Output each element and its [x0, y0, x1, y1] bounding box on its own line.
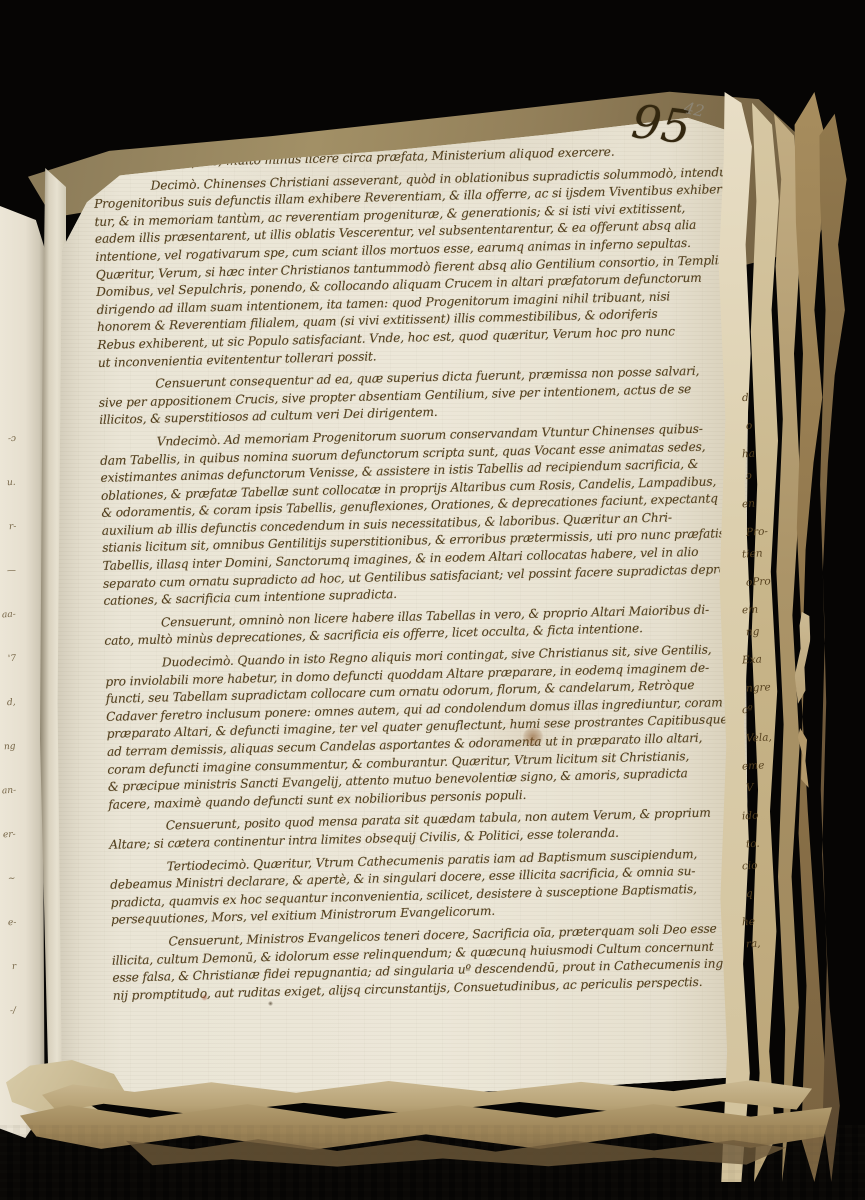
- deteriorated-fore-edge-stack: dohaɔenPro-tienoProemngExangrecºVela,eme…: [700, 92, 865, 1182]
- facing-page-sliver: -ɔu.r-—aa-'7d,ngan-er-~e-r-/: [0, 206, 46, 1138]
- edge-text-fragment: -ɔ: [8, 434, 17, 445]
- edge-text-fragment: tien: [742, 547, 763, 560]
- edge-text-fragment: r: [11, 962, 16, 972]
- facing-page-text-fragments: -ɔu.r-—aa-'7d,ngan-er-~e-r-/: [0, 206, 30, 1138]
- edge-text-fragment: Vela,: [746, 731, 772, 744]
- edge-text-fragment: Exa: [742, 653, 762, 666]
- edge-text-fragment: to.: [746, 838, 760, 851]
- edge-text-fragment: d,: [7, 698, 16, 709]
- edge-text-fragment: d: [742, 392, 749, 404]
- edge-text-fragment: Pro-: [746, 525, 769, 538]
- edge-text-fragment: cio: [742, 860, 758, 873]
- edge-text-fragment: ~: [8, 874, 16, 885]
- edge-text-fragment: er-: [3, 830, 16, 841]
- edge-text-fragment: -/: [10, 1006, 17, 1016]
- edge-text-fragment: he: [742, 916, 756, 929]
- edge-text-fragment: en: [742, 498, 756, 511]
- edge-text-fragment: V: [746, 782, 754, 794]
- edge-text-fragment: r-: [8, 522, 16, 532]
- manuscript-photo: -ɔu.r-—aa-'7d,ngan-er-~e-r-/ Gentilium e…: [0, 0, 865, 1200]
- bottom-edge-slat: [126, 1134, 786, 1168]
- manuscript-text-block: Gentilium ergà ipsos; multo minus licere…: [93, 141, 765, 1005]
- edge-text-fragment: ng: [4, 742, 16, 753]
- edge-text-fragment: aa-: [2, 610, 16, 621]
- edge-text-fragment: oPro: [746, 575, 771, 588]
- edge-text-fragment: ha: [742, 448, 756, 461]
- edge-text-fragment: em: [742, 604, 759, 617]
- next-leaf-text-fragments: dohaɔenPro-tienoProemngExangrecºVela,eme…: [740, 92, 800, 1182]
- edge-text-fragment: ido: [742, 810, 759, 823]
- foxing-spot: [201, 994, 208, 1001]
- edge-text-fragment: an-: [1, 786, 16, 797]
- edge-text-fragment: ra,: [746, 938, 761, 951]
- edge-text-fragment: ngre: [746, 681, 771, 694]
- edge-text-fragment: cº: [742, 704, 753, 717]
- edge-text-fragment: o: [746, 420, 753, 432]
- foxing-spot: [268, 1001, 273, 1006]
- edge-text-fragment: eme: [742, 759, 765, 772]
- manuscript-page: Gentilium ergà ipsos; multo minus licere…: [52, 108, 750, 1100]
- edge-text-fragment: '7: [7, 654, 16, 665]
- edge-text-fragment: u.: [7, 478, 16, 489]
- edge-text-fragment: e-: [7, 918, 16, 929]
- crumbling-bottom-edge: [6, 1056, 856, 1188]
- edge-text-fragment: q: [746, 888, 753, 900]
- ink-stain: [522, 728, 544, 746]
- edge-text-fragment: —: [7, 566, 17, 577]
- page-number-pencil: 42: [682, 98, 706, 121]
- edge-text-fragment: ɔ: [746, 470, 753, 482]
- edge-text-fragment: ng: [746, 626, 760, 639]
